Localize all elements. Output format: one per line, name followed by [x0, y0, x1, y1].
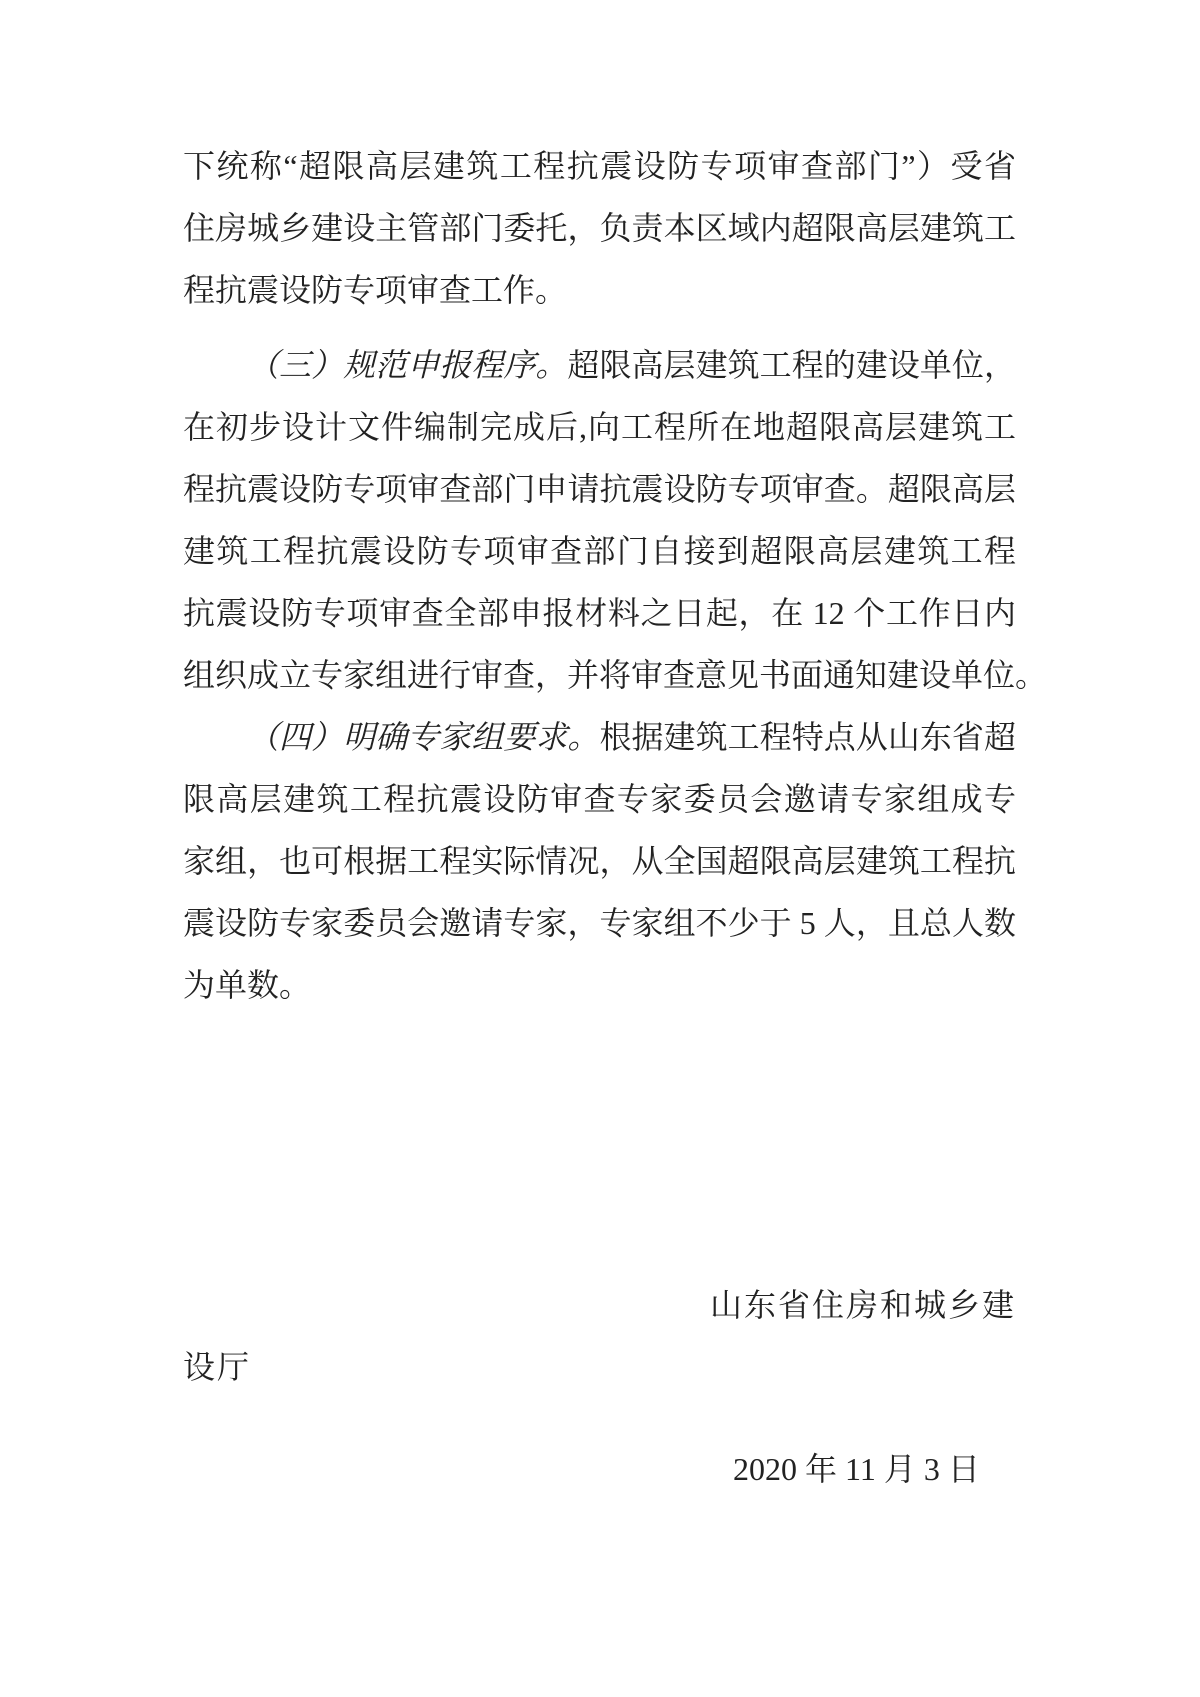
body-line: 限高层建筑工程抗震设防审查专家委员会邀请专家组成专	[183, 768, 1016, 830]
body-line: 震设防专家委员会邀请专家，专家组不少于 5 人，且总人数	[183, 892, 1016, 954]
clause-heading-three: （三）规范申报程序。	[247, 347, 567, 383]
body-line-paragraph-start: （四）明确专家组要求。根据建筑工程特点从山东省超	[183, 706, 1016, 768]
body-line: 下统称“超限高层建筑工程抗震设防专项审查部门”）受省	[183, 135, 1016, 197]
body-line: 在初步设计文件编制完成后,向工程所在地超限高层建筑工	[183, 396, 1016, 458]
body-line-paragraph-end: 组织成立专家组进行审查，并将审查意见书面通知建设单位。	[183, 644, 1016, 706]
document-page: 下统称“超限高层建筑工程抗震设防专项审查部门”）受省 住房城乡建设主管部门委托，…	[0, 0, 1200, 1697]
body-line-paragraph-end: 为单数。	[183, 954, 1016, 1016]
body-line-text: 超限高层建筑工程的建设单位，	[567, 347, 1016, 383]
body-line: 住房城乡建设主管部门委托，负责本区域内超限高层建筑工	[183, 197, 1016, 259]
body-line: 建筑工程抗震设防专项审查部门自接到超限高层建筑工程	[183, 520, 1016, 582]
clause-heading-four: （四）明确专家组要求。	[247, 719, 599, 755]
body-line-paragraph-end: 程抗震设防专项审查工作。	[183, 259, 1016, 321]
body-line-paragraph-start: （三）规范申报程序。超限高层建筑工程的建设单位，	[183, 334, 1016, 396]
body-line: 家组，也可根据工程实际情况，从全国超限高层建筑工程抗	[183, 830, 1016, 892]
document-body: 下统称“超限高层建筑工程抗震设防专项审查部门”）受省 住房城乡建设主管部门委托，…	[183, 135, 1016, 1500]
signature-agency-line2: 设厅	[183, 1336, 1016, 1398]
body-line: 程抗震设防专项审查部门申请抗震设防专项审查。超限高层	[183, 458, 1016, 520]
body-line-text: 根据建筑工程特点从山东省超	[599, 719, 1016, 755]
body-line: 抗震设防专项审查全部申报材料之日起，在 12 个工作日内	[183, 582, 1016, 644]
signature-date: 2020 年 11 月 3 日	[183, 1438, 1016, 1500]
signature-agency-line1: 山东省住房和城乡建	[183, 1274, 1016, 1336]
